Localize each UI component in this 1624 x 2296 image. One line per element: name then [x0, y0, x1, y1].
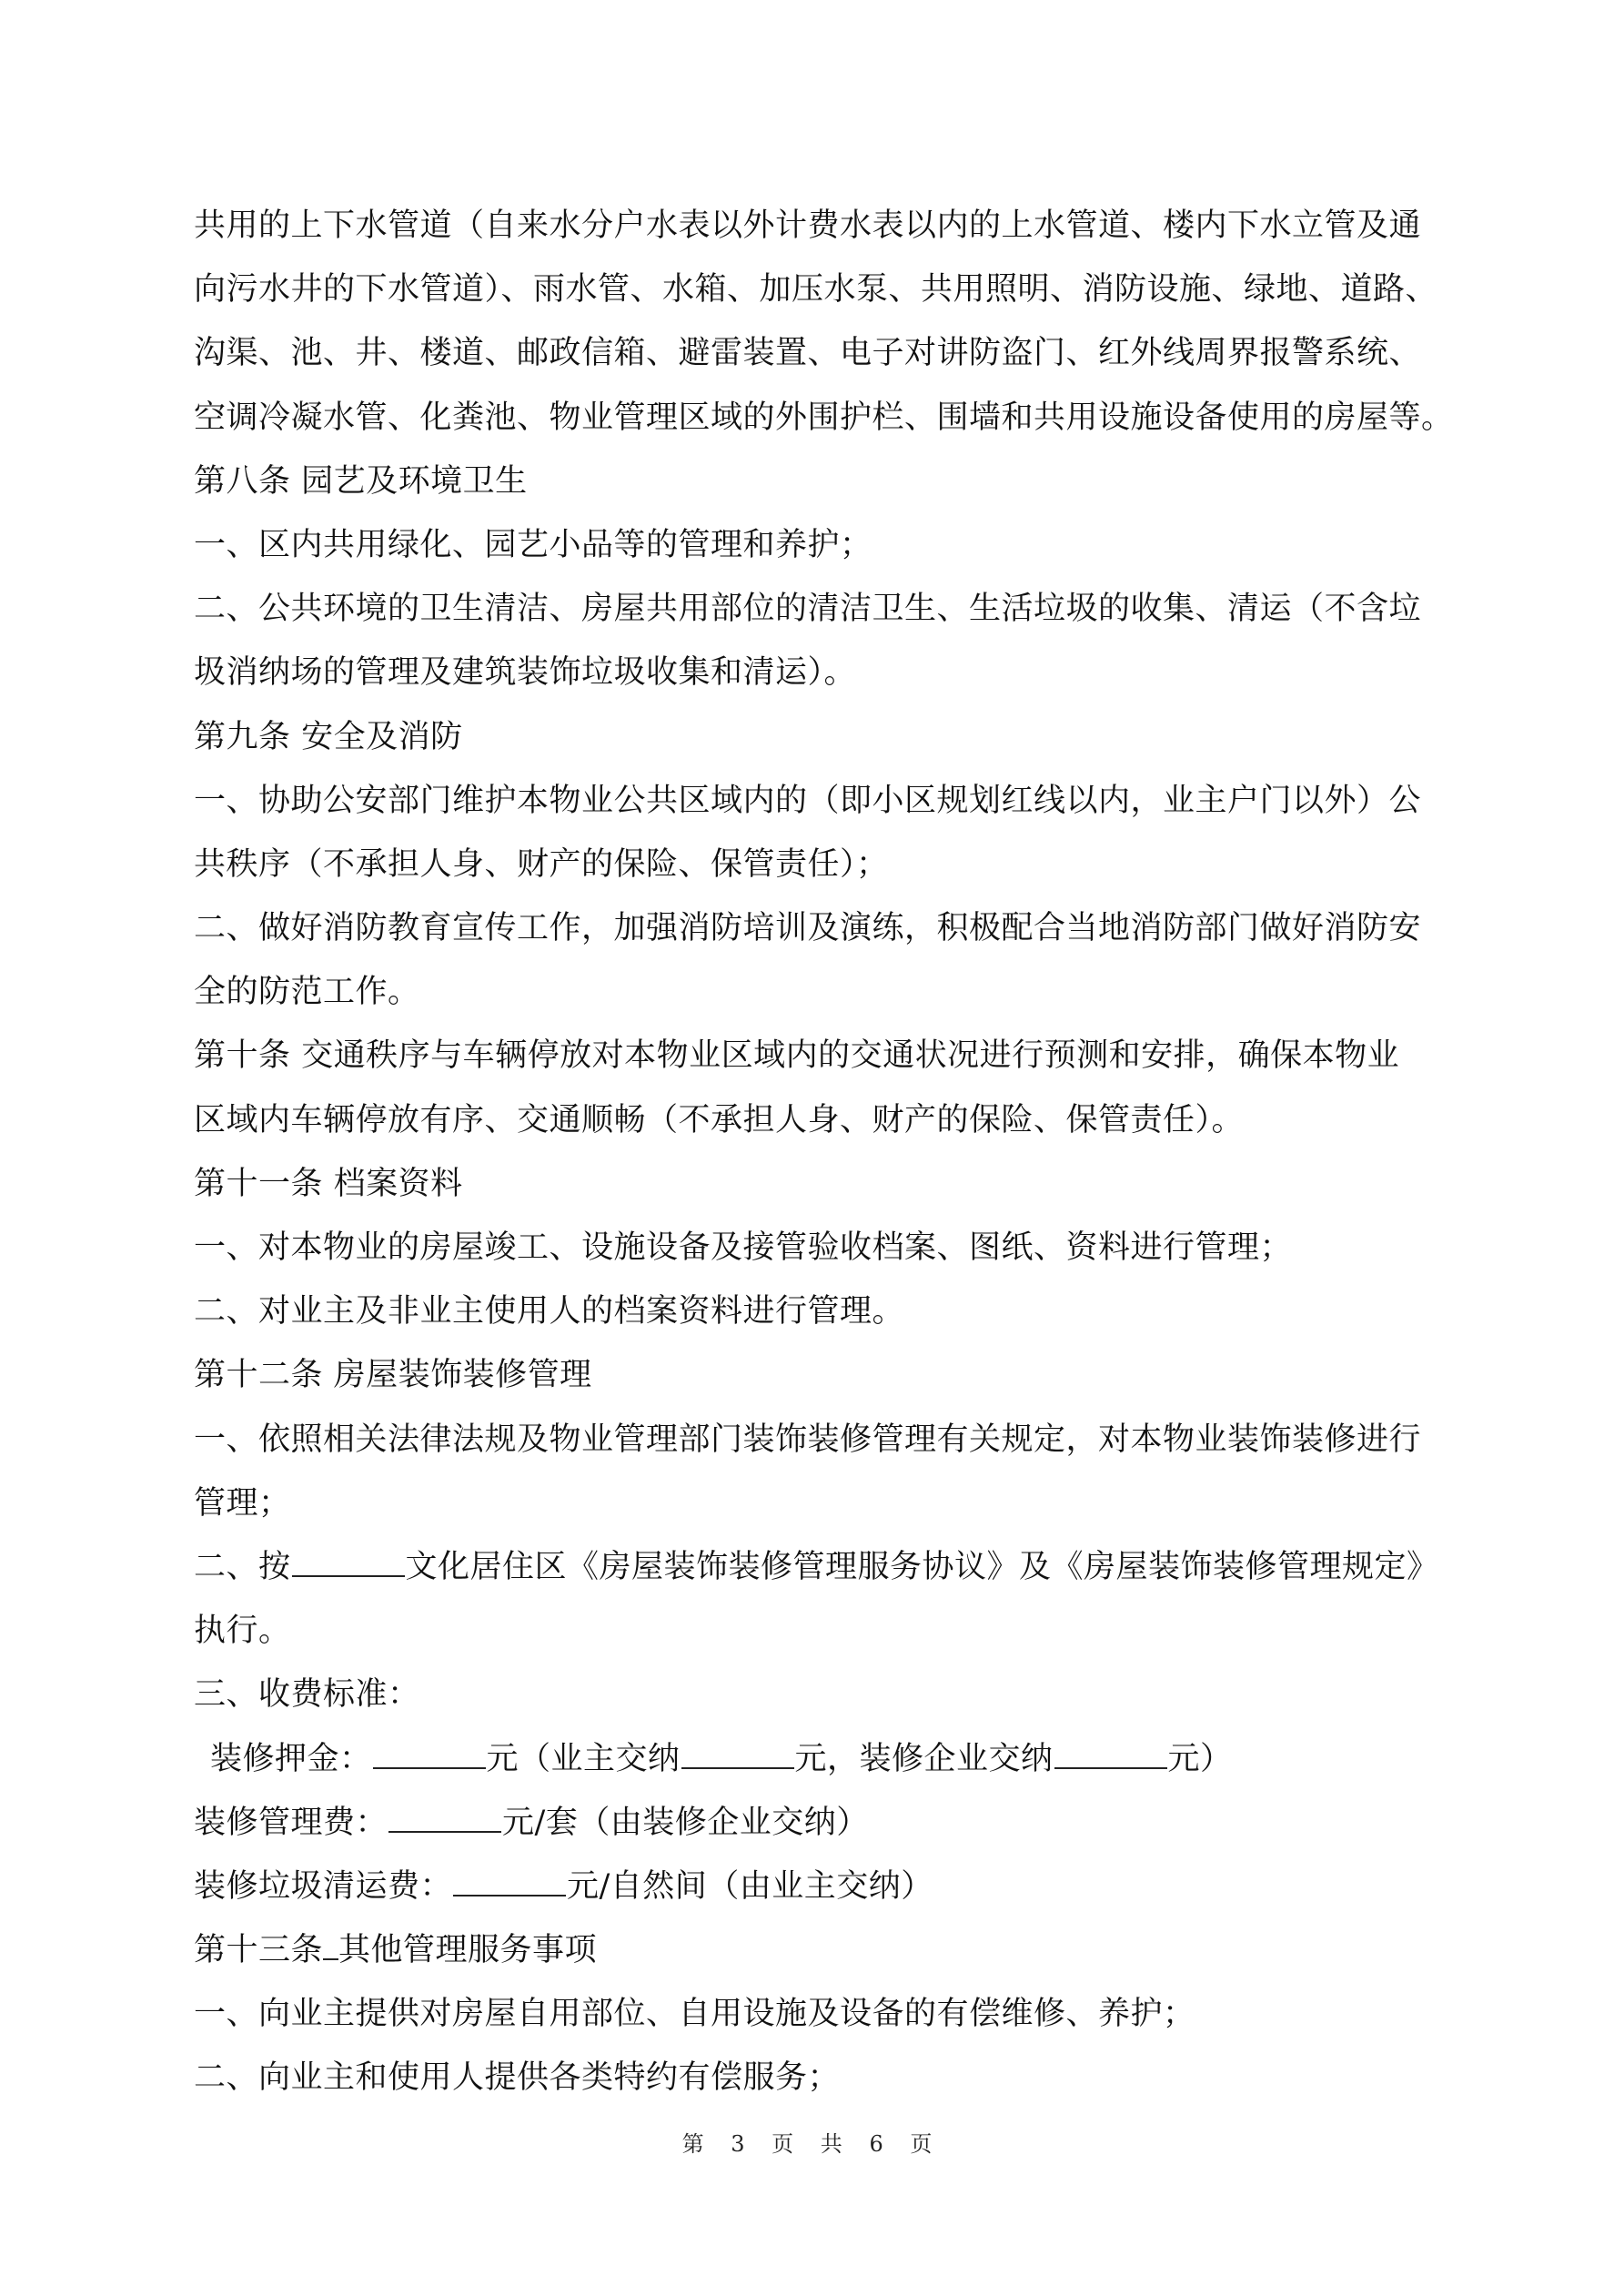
text-line: 二、做好消防教育宣传工作，加强消防培训及演练，积极配合当地消防部门做好消防安 — [194, 896, 1431, 960]
article-heading: 第九条 安全及消防 — [194, 705, 1431, 769]
contractor-deposit-blank[interactable] — [1054, 1740, 1167, 1769]
management-fee-line: 装修管理费：元/套（由装修企业交纳） — [194, 1791, 1431, 1855]
fee-heading: 三、收费标准： — [194, 1663, 1431, 1726]
debris-fee-blank[interactable] — [453, 1867, 566, 1896]
text-segment: 二、按 — [194, 1549, 291, 1585]
text-segment: 文化居住区《房屋装饰装修管理服务协议》及《房屋装饰装修管理规定》 — [406, 1549, 1439, 1585]
text-segment: 元/套（由装修企业交纳） — [502, 1805, 869, 1841]
debris-fee-label: 装修垃圾清运费： — [194, 1868, 452, 1905]
page-number-footer: 第 3 页 共 6 页 — [0, 2126, 1624, 2162]
text-line: 管理； — [194, 1472, 1431, 1535]
deposit-label: 装修押金： — [210, 1741, 372, 1777]
management-fee-label: 装修管理费： — [194, 1805, 388, 1841]
article-heading: 第十一条 档案资料 — [194, 1152, 1431, 1216]
text-line: 共用的上下水管道（自来水分户水表以外计费水表以内的上水管道、楼内下水立管及通 — [194, 194, 1431, 258]
text-line: 沟渠、池、井、楼道、邮政信箱、避雷装置、电子对讲防盗门、红外线周界报警系统、 — [194, 321, 1431, 385]
text-line: 一、区内共用绿化、园艺小品等的管理和养护； — [194, 513, 1431, 577]
text-line: 向污水井的下水管道）、雨水管、水箱、加压水泵、共用照明、消防设施、绿地、道路、 — [194, 258, 1431, 321]
text-line: 一、协助公安部门维护本物业公共区域内的（即小区规划红线以内，业主户门以外）公 — [194, 769, 1431, 833]
management-fee-blank[interactable] — [388, 1804, 501, 1833]
deposit-total-blank[interactable] — [373, 1740, 486, 1769]
article-heading: 第八条 园艺及环境卫生 — [194, 450, 1431, 513]
text-segment: 元，装修企业交纳 — [795, 1741, 1054, 1777]
article-heading: 第十二条 房屋装饰装修管理 — [194, 1343, 1431, 1407]
article-number: 第十三条 — [194, 1932, 323, 1968]
residential-area-name-blank[interactable] — [292, 1548, 405, 1577]
article-title: 其他管理服务事项 — [338, 1932, 597, 1968]
text-line: 一、依照相关法律法规及物业管理部门装饰装修管理有关规定，对本物业装饰装修进行 — [194, 1408, 1431, 1472]
text-line: 一、对本物业的房屋竣工、设施设备及接管验收档案、图纸、资料进行管理； — [194, 1216, 1431, 1279]
article-heading: 第十三条其他管理服务事项 — [194, 1918, 1431, 1982]
text-line: 二、对业主及非业主使用人的档案资料进行管理。 — [194, 1279, 1431, 1343]
text-line: 一、向业主提供对房屋自用部位、自用设施及设备的有偿维修、养护； — [194, 1982, 1431, 2046]
text-segment: 元） — [1168, 1741, 1233, 1777]
text-line: 二、公共环境的卫生清洁、房屋共用部位的清洁卫生、生活垃圾的收集、清运（不含垃 — [194, 577, 1431, 641]
text-segment: 元（业主交纳 — [487, 1741, 681, 1777]
text-line: 区域内车辆停放有序、交通顺畅（不承担人身、财产的保险、保管责任）。 — [194, 1088, 1431, 1152]
document-body: 共用的上下水管道（自来水分户水表以外计费水表以内的上水管道、楼内下水立管及通 向… — [194, 194, 1431, 2110]
text-line: 全的防范工作。 — [194, 960, 1431, 1024]
text-line: 共秩序（不承担人身、财产的保险、保管责任）； — [194, 833, 1431, 896]
text-line: 二、向业主和使用人提供各类特约有偿服务； — [194, 2046, 1431, 2109]
owner-deposit-blank[interactable] — [681, 1740, 794, 1769]
debris-fee-line: 装修垃圾清运费：元/自然间（由业主交纳） — [194, 1855, 1431, 1918]
text-line: 圾消纳场的管理及建筑装饰垃圾收集和清运）。 — [194, 641, 1431, 704]
document-page: 共用的上下水管道（自来水分户水表以外计费水表以内的上水管道、楼内下水立管及通 向… — [0, 0, 1624, 2296]
article-heading: 第十条 交通秩序与车辆停放对本物业区域内的交通状况进行预测和安排，确保本物业 — [194, 1024, 1431, 1087]
text-line: 执行。 — [194, 1599, 1431, 1663]
renovation-agreement-line: 二、按文化居住区《房屋装饰装修管理服务协议》及《房屋装饰装修管理规定》 — [194, 1535, 1431, 1599]
text-segment: 元/自然间（由业主交纳） — [567, 1868, 933, 1905]
underscore-separator — [323, 1931, 338, 1960]
text-line: 空调冷凝水管、化粪池、物业管理区域的外围护栏、围墙和共用设施设备使用的房屋等。 — [194, 386, 1431, 450]
deposit-line: 装修押金：元（业主交纳元，装修企业交纳元） — [194, 1727, 1431, 1791]
